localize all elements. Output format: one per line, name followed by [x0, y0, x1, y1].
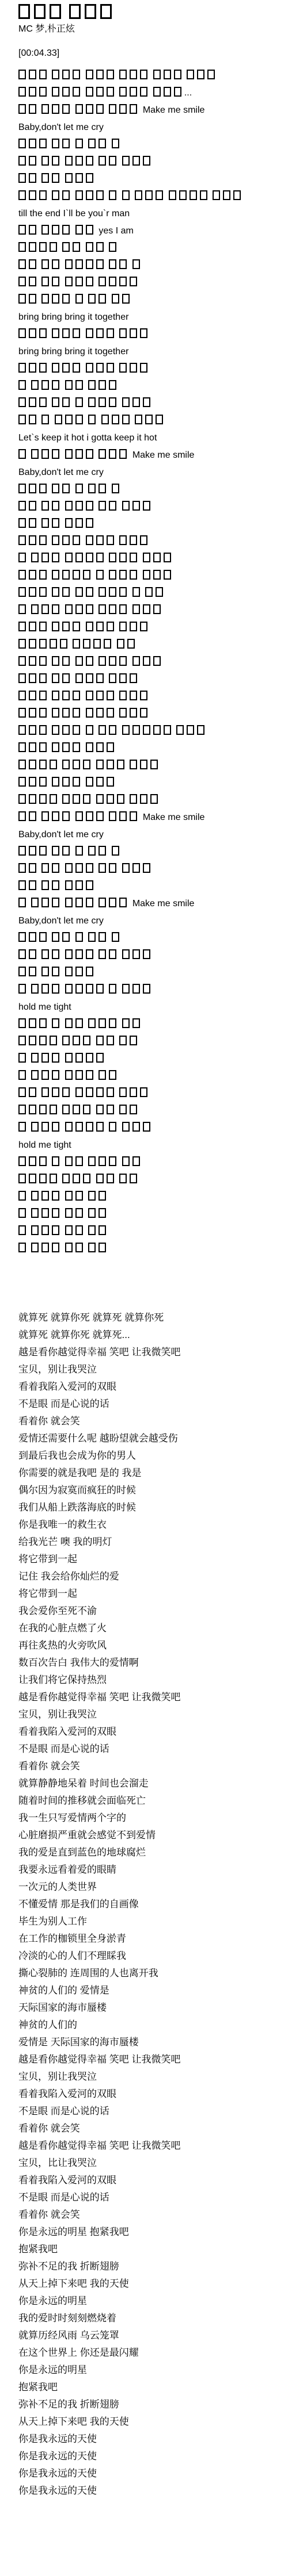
missing-glyph-box [52, 1053, 59, 1063]
lyric-line-chinese: 你是永远的明星 [18, 2293, 282, 2310]
lyric-line-chinese: 越是看你越觉得幸福 笑吧 让我微笑吧 [18, 1344, 282, 1361]
missing-glyph-box [153, 604, 161, 614]
missing-glyph-box [41, 104, 49, 114]
missing-glyph-box [50, 1174, 57, 1183]
missing-glyph-box [73, 87, 80, 97]
missing-glyph-box [98, 725, 106, 735]
missing-glyph-box [52, 811, 59, 821]
missing-glyph-box [140, 691, 147, 700]
missing-glyph-box [65, 1243, 73, 1252]
missing-glyph-box [29, 777, 36, 787]
missing-glyph-box [86, 225, 93, 235]
missing-glyph-box [18, 1036, 26, 1045]
lyric-line-chinese: 越是看你越觉得幸福 笑吧 让我微笑吧 [18, 2051, 282, 2068]
missing-glyph-box [41, 277, 49, 286]
missing-glyph-box [31, 449, 39, 459]
missing-glyph-box [107, 708, 114, 718]
missing-glyph-box [119, 535, 127, 545]
missing-glyph-box [41, 415, 49, 424]
lyric-line-korean: Let`s keep it hot i gotta keep it hot [18, 430, 282, 447]
missing-glyph-box [96, 570, 104, 580]
missing-glyph-box [29, 173, 36, 183]
lyric-line-chinese: 越是看你越觉得幸福 笑吧 让我微笑吧 [18, 2137, 282, 2155]
missing-glyph-box [52, 742, 59, 752]
missing-glyph-box [153, 656, 161, 666]
missing-glyph-box [86, 535, 93, 545]
lyric-line-chinese: 不是眼 而是心说的话 [18, 2103, 282, 2120]
missing-glyph-box [132, 397, 140, 407]
missing-glyph-box [29, 70, 36, 79]
missing-glyph-box [86, 1053, 93, 1063]
missing-glyph-box [73, 328, 80, 338]
missing-glyph-box [135, 415, 142, 424]
missing-glyph-box [75, 587, 83, 597]
missing-glyph-box [96, 742, 104, 752]
missing-glyph-box [119, 656, 127, 666]
missing-glyph-box [75, 967, 83, 976]
missing-glyph-box [132, 259, 140, 269]
lyric-line-korean [18, 775, 282, 792]
missing-glyph-box [52, 501, 59, 511]
missing-glyph-box [96, 984, 104, 994]
lyric-line-chinese: 从天上掉下来吧 我的天使 [18, 2275, 282, 2293]
missing-glyph-box [86, 173, 93, 183]
missing-glyph-box [62, 742, 70, 752]
missing-glyph-box [75, 1087, 83, 1097]
missing-glyph-box [31, 1122, 39, 1132]
lyric-line-chinese: 弥补不足的我 折断翅膀 [18, 2258, 282, 2275]
lyric-line-chinese: 看着我陷入爱河的双眼 [18, 2172, 282, 2189]
missing-glyph-box [83, 1036, 90, 1045]
missing-glyph-box [98, 277, 106, 286]
lyric-line-korean [18, 240, 282, 257]
missing-glyph-box [96, 1053, 104, 1063]
missing-glyph-box [18, 553, 26, 562]
missing-glyph-box [98, 932, 106, 942]
missing-glyph-box [86, 863, 93, 873]
missing-glyph-box [164, 553, 171, 562]
missing-glyph-box [73, 708, 80, 718]
missing-glyph-box [119, 1174, 127, 1183]
lyric-line-chinese: 爱情还需要什么呢 越盼望就会越受伤 [18, 1430, 282, 1447]
missing-glyph-box [18, 70, 26, 79]
missing-glyph-box [122, 949, 130, 959]
missing-glyph-box [18, 846, 26, 856]
missing-glyph-box [18, 259, 26, 269]
missing-glyph-box [39, 742, 47, 752]
missing-glyph-box [31, 1225, 39, 1235]
missing-glyph-box [29, 863, 36, 873]
lyric-line-korean [18, 481, 282, 499]
missing-glyph-box [75, 811, 83, 821]
missing-glyph-box [233, 190, 241, 200]
missing-glyph-box [29, 880, 36, 890]
lyric-line-korean [18, 1189, 282, 1206]
lyric-line-chinese: 不是眼 而是心说的话 [18, 1741, 282, 1758]
missing-glyph-box [86, 449, 93, 459]
missing-glyph-box [119, 259, 127, 269]
missing-glyph-box [223, 190, 230, 200]
missing-glyph-box [109, 587, 116, 597]
missing-glyph-box [29, 967, 36, 976]
missing-glyph-box [52, 1208, 59, 1218]
missing-glyph-box [88, 846, 96, 856]
missing-glyph-box [39, 242, 47, 252]
missing-glyph-box [65, 501, 73, 511]
missing-glyph-box [18, 173, 26, 183]
missing-glyph-box [29, 225, 36, 235]
missing-glyph-box [18, 570, 26, 580]
missing-glyph-box [65, 1225, 73, 1235]
missing-glyph-box [18, 898, 26, 907]
missing-glyph-box [62, 242, 70, 252]
missing-glyph-box [100, 4, 112, 19]
missing-glyph-box [88, 397, 96, 407]
missing-glyph-box [86, 242, 93, 252]
missing-glyph-box [96, 87, 104, 97]
missing-glyph-box [143, 863, 150, 873]
missing-glyph-box [135, 190, 142, 200]
missing-glyph-box [112, 932, 119, 942]
lyric-line-chinese: 你是我永远的天使 [18, 2448, 282, 2465]
missing-glyph-box [39, 708, 47, 718]
missing-glyph-box [75, 1225, 83, 1235]
missing-glyph-box [109, 156, 116, 166]
missing-glyph-box [101, 415, 109, 424]
missing-glyph-box [98, 380, 106, 390]
missing-glyph-box [18, 484, 26, 493]
missing-glyph-box [52, 777, 59, 787]
missing-glyph-box [18, 932, 26, 942]
missing-glyph-box [18, 673, 26, 683]
missing-glyph-box [86, 70, 93, 79]
missing-glyph-box [117, 760, 124, 769]
missing-glyph-box [41, 259, 49, 269]
lyric-line-korean [18, 947, 282, 964]
missing-glyph-box [109, 949, 116, 959]
missing-glyph-box [18, 725, 26, 735]
missing-glyph-box [109, 449, 116, 459]
lyric-line-chinese: 在工作的枷锁里全身淤青 [18, 1930, 282, 1948]
missing-glyph-box [143, 397, 150, 407]
missing-glyph-box [86, 87, 93, 97]
missing-glyph-box [39, 87, 47, 97]
missing-glyph-box [18, 1191, 26, 1201]
missing-glyph-box [96, 1122, 104, 1132]
missing-glyph-box [119, 1087, 127, 1097]
missing-glyph-box [119, 708, 127, 718]
missing-glyph-box [52, 225, 59, 235]
missing-glyph-box [86, 984, 93, 994]
missing-glyph-box [29, 587, 36, 597]
missing-glyph-box [109, 190, 116, 200]
missing-glyph-box [109, 725, 116, 735]
missing-glyph-box [52, 984, 59, 994]
missing-glyph-box [62, 363, 70, 373]
missing-glyph-box [41, 553, 49, 562]
missing-glyph-box [41, 1208, 49, 1218]
lyric-line-korean [18, 964, 282, 982]
missing-glyph-box [62, 70, 70, 79]
missing-glyph-box [52, 518, 59, 528]
missing-glyph-box [86, 1122, 93, 1132]
missing-glyph-box [96, 760, 104, 769]
missing-glyph-box [52, 673, 59, 683]
lyric-line-chinese: 不懂爱情 那是我们的自画像 [18, 1896, 282, 1913]
missing-glyph-box [107, 777, 114, 787]
lyric-line-chinese: 我一生只写爱情两个字的 [18, 1810, 282, 1827]
missing-glyph-box [119, 328, 127, 338]
missing-glyph-box [29, 87, 36, 97]
missing-glyph-box [18, 449, 26, 459]
missing-glyph-box [179, 190, 187, 200]
missing-glyph-box [52, 725, 59, 735]
missing-glyph-box [130, 277, 137, 286]
missing-glyph-box [75, 380, 83, 390]
missing-glyph-box [39, 535, 47, 545]
missing-glyph-box [41, 984, 49, 994]
missing-glyph-box [18, 1243, 26, 1252]
missing-glyph-box [65, 880, 73, 890]
lyric-line-chinese: 随着时间的推移就会面临死亡 [18, 1792, 282, 1810]
lyric-line-korean [18, 257, 282, 274]
missing-glyph-box [52, 967, 59, 976]
missing-glyph-box [86, 104, 93, 114]
missing-glyph-box [29, 277, 36, 286]
missing-glyph-box [62, 190, 70, 200]
missing-glyph-box [143, 156, 150, 166]
missing-glyph-box [119, 673, 127, 683]
missing-glyph-box [156, 587, 163, 597]
lyric-line-korean [18, 1171, 282, 1189]
lyric-line-korean [18, 499, 282, 516]
missing-glyph-box [86, 328, 93, 338]
missing-glyph-box [83, 639, 90, 649]
missing-glyph-box [86, 691, 93, 700]
lyric-line-chinese: 我要永远看着爱的眼睛 [18, 1861, 282, 1879]
missing-glyph-box [109, 277, 116, 286]
missing-glyph-box [62, 846, 70, 856]
missing-glyph-box [153, 570, 161, 580]
lyric-line-chinese: 爱情是 天际国家的海市蜃楼 [18, 2034, 282, 2051]
missing-glyph-box [86, 880, 93, 890]
lyric-line-korean [18, 654, 282, 671]
missing-glyph-box [39, 932, 47, 942]
missing-glyph-box [83, 1174, 90, 1183]
missing-glyph-box [75, 139, 83, 148]
missing-glyph-box [122, 501, 130, 511]
lyric-line-korean [18, 861, 282, 878]
missing-glyph-box [197, 725, 204, 735]
lyric-line-korean [18, 1085, 282, 1102]
missing-glyph-box [39, 656, 47, 666]
missing-glyph-box [18, 967, 26, 976]
missing-glyph-box [18, 1053, 26, 1063]
missing-glyph-box [31, 380, 39, 390]
missing-glyph-box [83, 760, 90, 769]
lyric-line-chinese: 不是眼 而是心说的话 [18, 1396, 282, 1413]
missing-glyph-box [29, 708, 36, 718]
lyric-line-korean [18, 1102, 282, 1120]
missing-glyph-box [132, 587, 140, 597]
missing-glyph-box [52, 1243, 59, 1252]
missing-glyph-box [39, 397, 47, 407]
timestamp: [00:04.33] [18, 47, 282, 60]
missing-glyph-box [156, 190, 163, 200]
missing-glyph-box [18, 139, 26, 148]
lyric-line-korean [18, 602, 282, 619]
missing-glyph-box [96, 794, 104, 804]
missing-glyph-box [119, 570, 127, 580]
missing-glyph-box [41, 1243, 49, 1252]
missing-glyph-box [18, 622, 26, 631]
missing-glyph-box [86, 518, 93, 528]
missing-glyph-box [62, 673, 70, 683]
missing-glyph-box [29, 932, 36, 942]
lyric-line-korean: bring bring bring it together [18, 343, 282, 361]
missing-glyph-box [119, 553, 127, 562]
missing-glyph-box [96, 691, 104, 700]
missing-glyph-box [65, 518, 73, 528]
missing-glyph-box [73, 760, 80, 769]
lyric-line-chinese: 在我的心脏点燃了火 [18, 1620, 282, 1637]
lyric-line-chinese: 看着我陷入爱河的双眼 [18, 2086, 282, 2103]
missing-glyph-box [109, 397, 116, 407]
missing-glyph-box [119, 70, 127, 79]
missing-glyph-box [29, 242, 36, 252]
missing-glyph-box [29, 673, 36, 683]
missing-glyph-box [52, 139, 59, 148]
lyric-line-chinese: 给我光芒 噢 我的明灯 [18, 1534, 282, 1551]
missing-glyph-box [65, 984, 73, 994]
missing-glyph-box [98, 484, 106, 493]
lyric-line-korean [18, 757, 282, 775]
missing-glyph-box [41, 380, 49, 390]
missing-glyph-box [52, 449, 59, 459]
lyric-line-chinese: 你是我唯一的救生衣 [18, 1516, 282, 1534]
missing-glyph-box [65, 449, 73, 459]
missing-glyph-box [130, 570, 137, 580]
missing-glyph-box [18, 949, 26, 959]
missing-glyph-box [73, 70, 80, 79]
missing-glyph-box [65, 949, 73, 959]
missing-glyph-box [130, 363, 137, 373]
missing-glyph-box [143, 984, 150, 994]
missing-glyph-box [96, 1174, 104, 1183]
missing-glyph-box [73, 725, 80, 735]
missing-glyph-box [117, 794, 124, 804]
missing-glyph-box [50, 760, 57, 769]
lyric-line-korean: Baby,don't let me cry [18, 826, 282, 844]
missing-glyph-box [86, 277, 93, 286]
missing-glyph-box [39, 794, 47, 804]
lyric-line-korean [18, 1016, 282, 1033]
missing-glyph-box [107, 742, 114, 752]
missing-glyph-box [140, 70, 147, 79]
missing-glyph-box [41, 604, 49, 614]
missing-glyph-box [130, 691, 137, 700]
missing-glyph-box [88, 1225, 96, 1235]
missing-glyph-box [132, 725, 140, 735]
lyric-line-korean: Make me smile [18, 895, 282, 913]
missing-glyph-box [18, 380, 26, 390]
missing-glyph-box [143, 656, 150, 666]
missing-glyph-box [96, 535, 104, 545]
missing-glyph-box [52, 484, 59, 493]
missing-glyph-box [98, 949, 106, 959]
lyric-line-chinese: 就算死 就算你死 就算死 就算你死 [18, 1309, 282, 1327]
missing-glyph-box [39, 363, 47, 373]
missing-glyph-box [39, 484, 47, 493]
missing-glyph-box [75, 415, 83, 424]
missing-glyph-box [73, 1105, 80, 1114]
missing-glyph-box [109, 1156, 116, 1166]
missing-glyph-box [52, 535, 59, 545]
missing-glyph-box [52, 173, 59, 183]
lyric-line-chinese: 我的爱是直到蓝色的地球腐烂 [18, 1844, 282, 1861]
lyric-line-korean [18, 878, 282, 895]
missing-glyph-box [73, 742, 80, 752]
missing-glyph-box [52, 846, 59, 856]
missing-glyph-box [140, 760, 147, 769]
missing-glyph-box [52, 863, 59, 873]
missing-glyph-box [140, 1087, 147, 1097]
lyric-line-korean [18, 585, 282, 602]
missing-glyph-box [122, 294, 130, 304]
missing-glyph-box [52, 880, 59, 890]
missing-glyph-box [18, 880, 26, 890]
missing-glyph-box [31, 1191, 39, 1201]
missing-glyph-box [140, 708, 147, 718]
missing-glyph-box [52, 363, 59, 373]
lyric-line-korean [18, 1223, 282, 1240]
missing-glyph-box [98, 1156, 106, 1166]
lyric-line-chinese: 将它带到一起 [18, 1585, 282, 1603]
missing-glyph-box [62, 1087, 70, 1097]
missing-glyph-box [86, 673, 93, 683]
lyric-line-chinese: 宝贝，比让我哭泣 [18, 2155, 282, 2172]
missing-glyph-box [18, 518, 26, 528]
missing-glyph-box [75, 190, 83, 200]
missing-glyph-box [18, 1156, 26, 1166]
lyric-line-chinese: 弥补不足的我 折断翅膀 [18, 2396, 282, 2413]
missing-glyph-box [50, 1036, 57, 1045]
lyric-line-korean [18, 395, 282, 412]
missing-glyph-box [65, 380, 73, 390]
missing-glyph-box [86, 190, 93, 200]
missing-glyph-box [29, 949, 36, 959]
missing-glyph-box [18, 794, 26, 804]
missing-glyph-box [62, 1036, 70, 1045]
missing-glyph-box [109, 259, 116, 269]
missing-glyph-box [31, 604, 39, 614]
missing-glyph-box [52, 708, 59, 718]
lyric-line-korean [18, 378, 282, 395]
missing-glyph-box [62, 104, 70, 114]
missing-glyph-box [18, 363, 26, 373]
missing-glyph-box [75, 1070, 83, 1080]
missing-glyph-box [29, 622, 36, 631]
missing-glyph-box [39, 846, 47, 856]
missing-glyph-box [130, 328, 137, 338]
missing-glyph-box [65, 277, 73, 286]
missing-glyph-box [41, 225, 49, 235]
missing-glyph-box [39, 725, 47, 735]
lyric-line-chinese: 就算历经风雨 乌云笼罩 [18, 2327, 282, 2344]
missing-glyph-box [207, 70, 215, 79]
lyric-line-chinese: 一次元的人类世界 [18, 1879, 282, 1896]
missing-glyph-box [140, 87, 147, 97]
